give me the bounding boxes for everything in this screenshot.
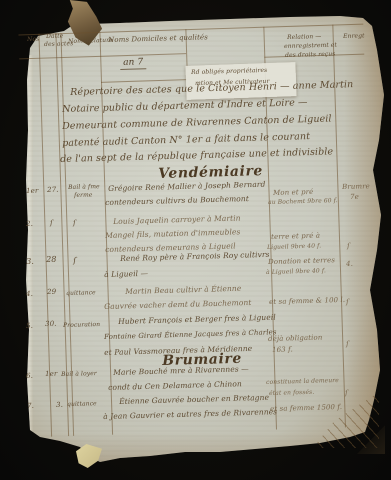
row-nature: quittance [67, 400, 97, 408]
row-nature2: ferme [74, 191, 93, 199]
row-date: 27. [47, 186, 59, 194]
row-relation-2: état en fossés. [269, 389, 314, 397]
row-nature: quittance [66, 289, 96, 297]
header-date-1: Datte [46, 33, 63, 40]
row-relation-1: Mon et pré [273, 188, 313, 197]
header-relation-1: Relation — [287, 33, 321, 41]
row-no: 2. [26, 220, 33, 228]
rule-under-an [101, 79, 187, 83]
rule-under-header [19, 53, 186, 59]
header-enregt: Enregt [343, 32, 365, 40]
row-no: 7. [27, 402, 34, 410]
row-nature: Bail à loyer [61, 370, 97, 378]
row-relation-1: déjà obligation [268, 333, 322, 343]
header-nature: Nomenclature [68, 37, 113, 45]
row-no: 1er [26, 187, 38, 195]
row-no: 4. [26, 290, 33, 298]
row-enregt-1: Brumre [342, 182, 370, 191]
row-no: 3. [26, 257, 34, 266]
row-date: 3. [56, 401, 63, 409]
row-enregt-1: ſ [345, 389, 348, 397]
row-no: 6. [26, 372, 33, 380]
scanned-register-page: Nos Datte des actes Nomenclature Noms Do… [0, 0, 391, 480]
row-relation-2: 163 f. [272, 345, 293, 354]
row-no: 5. [26, 322, 33, 330]
row-enregt-2: 7e [350, 193, 359, 201]
row-names-2: à Ligueil — [104, 269, 148, 279]
row-relation-1: terre et pré à [271, 232, 320, 241]
row-nature: Procuration [63, 321, 100, 329]
year-label: an 7 [120, 57, 146, 70]
row-nature: Bail à fme [68, 183, 100, 191]
header-relation-2: ennregistremt et [284, 42, 337, 50]
row-nature: ſ [73, 256, 76, 265]
header-relation-3: des droits reçus [285, 51, 336, 59]
row-date: 28 [46, 255, 57, 264]
row-date: ſ [50, 219, 53, 227]
row-enregt-1: ſ [347, 242, 350, 250]
row-date: 30. [45, 320, 57, 328]
row-enregt-1: ſ [346, 298, 349, 306]
row-nature: ſ [73, 219, 76, 227]
header-no: Nos [27, 36, 39, 43]
row-enregt-1: 4. [346, 260, 353, 268]
row-enregt-1: ſ [346, 340, 349, 348]
row-date: 29 [47, 288, 56, 296]
row-date: 1er [45, 370, 57, 378]
